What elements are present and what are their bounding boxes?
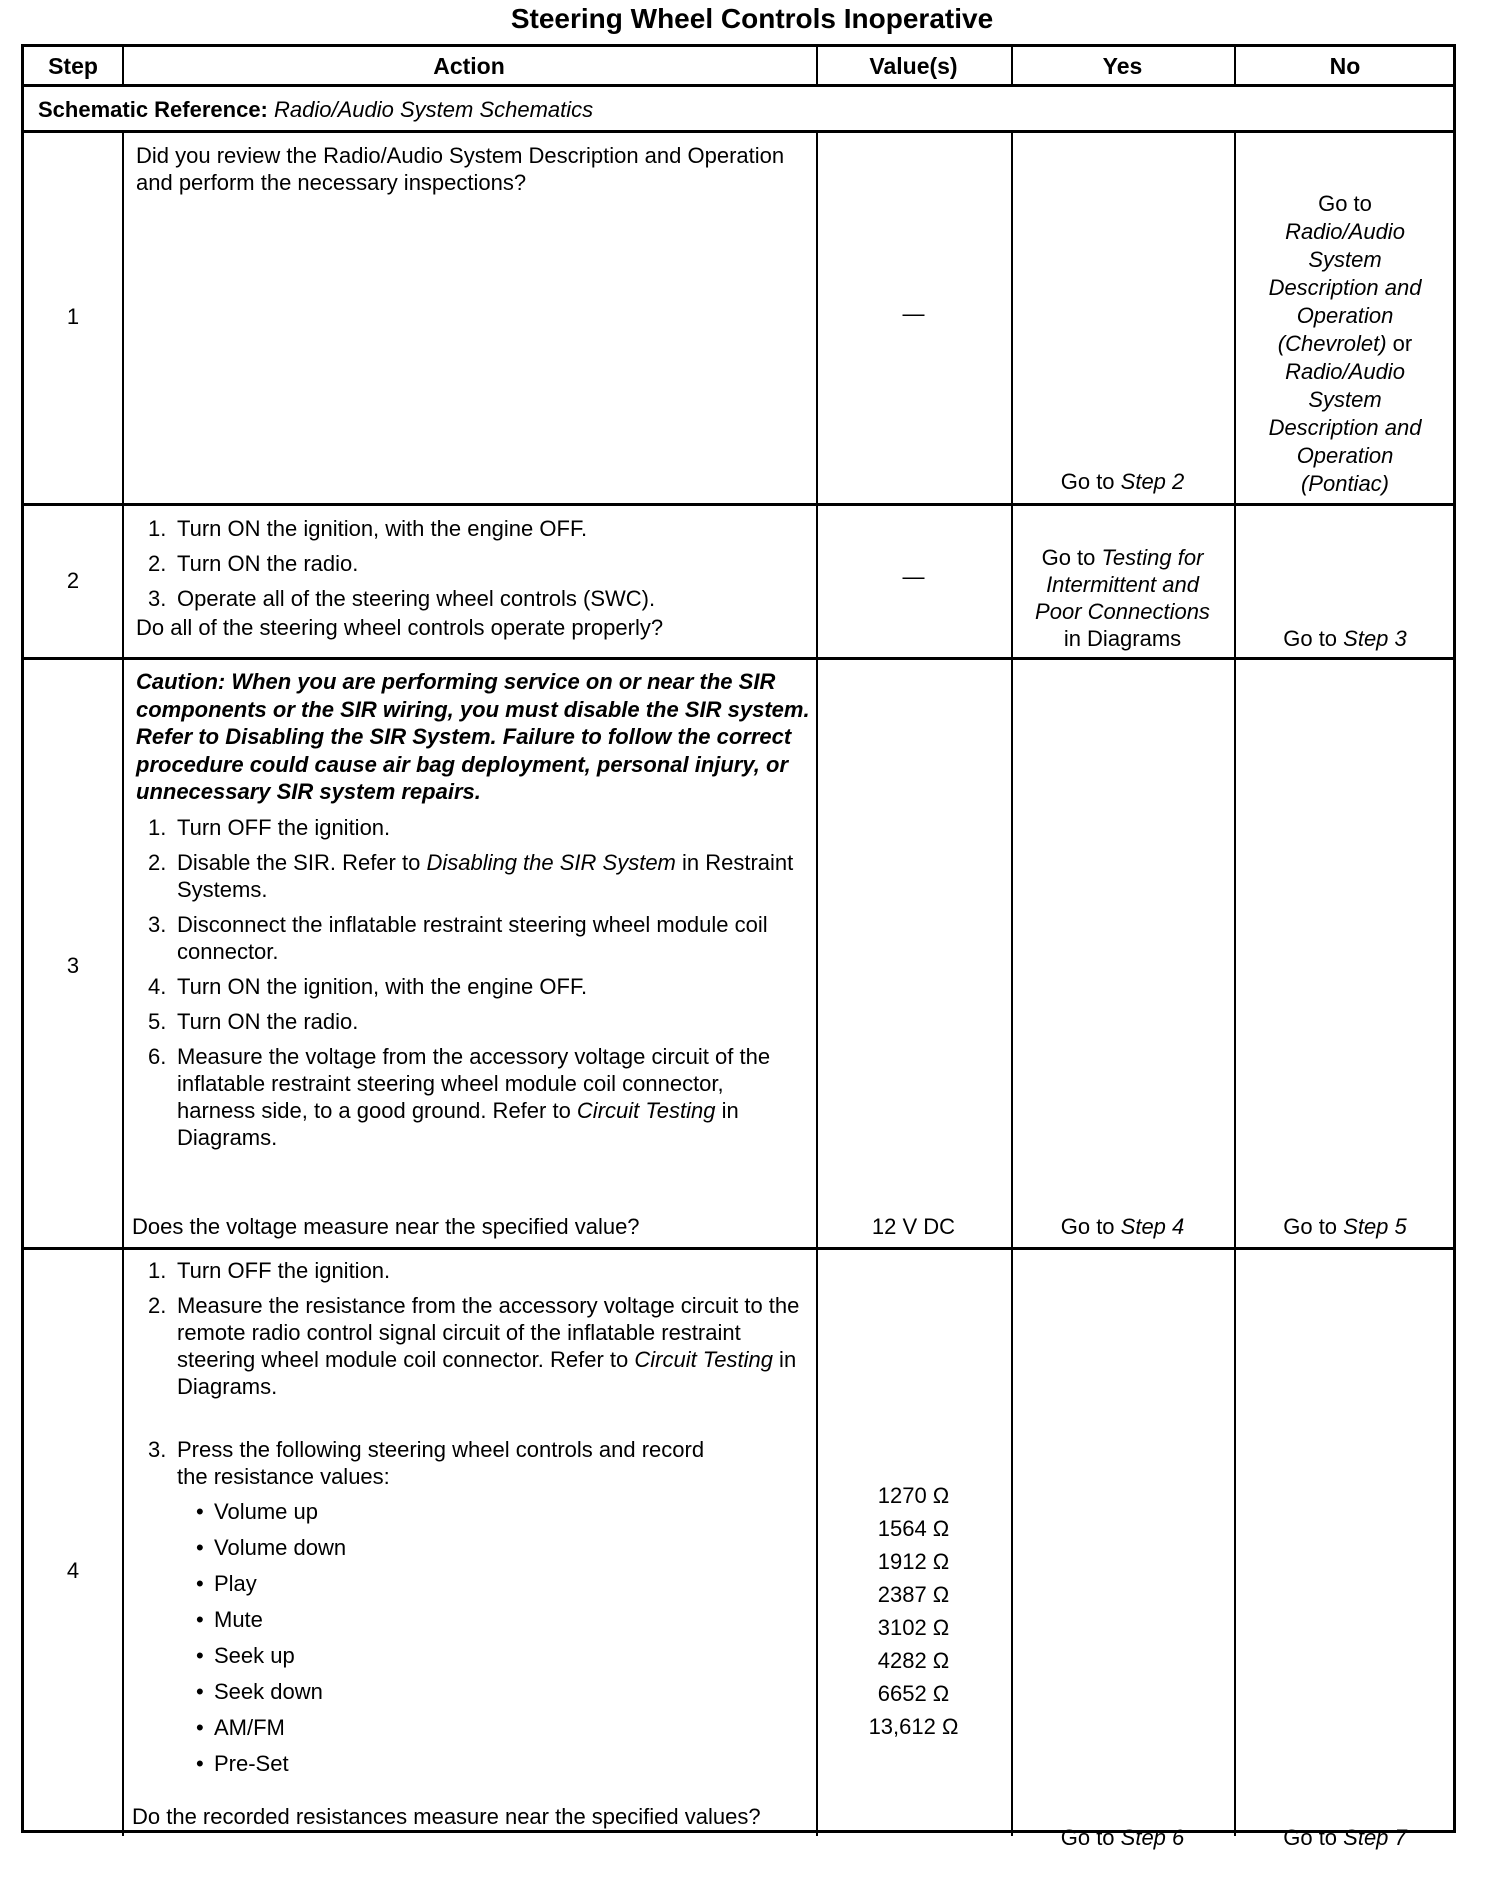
resistance-value: 1564 Ω <box>816 1512 1011 1545</box>
list-item: 2.Disable the SIR. Refer to Disabling th… <box>124 849 812 903</box>
step-3-action: Caution: When you are performing service… <box>136 668 812 1159</box>
list-item: 6.Measure the voltage from the accessory… <box>124 1043 812 1151</box>
step-4-question: Do the recorded resistances measure near… <box>132 1804 812 1829</box>
list-item: 4.Turn ON the ignition, with the engine … <box>124 973 812 1000</box>
testing-link[interactable]: Intermittent and <box>1046 572 1199 597</box>
list-item: 1.Turn OFF the ignition. <box>124 1257 814 1284</box>
yes-prefix: Go to <box>1061 1214 1121 1239</box>
bullet-icon: • <box>196 1642 204 1669</box>
no-prefix: Go to <box>1283 1214 1343 1239</box>
controls-list: •Volume up•Volume down•Play•Mute•Seek up… <box>124 1498 814 1777</box>
step-number: 4 <box>24 1557 122 1584</box>
testing-link[interactable]: Testing for <box>1102 545 1204 570</box>
control-item: •Seek up <box>124 1642 814 1669</box>
control-item: •Pre-Set <box>124 1750 814 1777</box>
yes-prefix: Go to <box>1061 1825 1121 1850</box>
control-item: •Volume down <box>124 1534 814 1561</box>
control-item: •Volume up <box>124 1498 814 1525</box>
bullet-icon: • <box>196 1498 204 1525</box>
step-3-no[interactable]: Go to Step 5 <box>1234 1213 1456 1240</box>
step-link[interactable]: Step 6 <box>1121 1825 1185 1850</box>
reference-link[interactable]: System <box>1308 387 1381 412</box>
schematic-reference-label: Schematic Reference: <box>38 97 268 122</box>
header-values: Value(s) <box>816 47 1011 85</box>
reference-link[interactable]: Radio/Audio <box>1285 359 1405 384</box>
no-prefix: Go to <box>1318 191 1372 216</box>
resistance-value: 3102 Ω <box>816 1611 1011 1644</box>
row-divider <box>24 130 1453 133</box>
header-yes: Yes <box>1011 47 1234 85</box>
resistance-value: 1912 Ω <box>816 1545 1011 1578</box>
reference-link[interactable]: (Chevrolet) <box>1278 331 1387 356</box>
schematic-reference: Schematic Reference: Radio/Audio System … <box>38 93 593 127</box>
resistance-values: 1270 Ω1564 Ω1912 Ω2387 Ω3102 Ω4282 Ω6652… <box>816 1479 1011 1743</box>
yes-suffix: in Diagrams <box>1064 626 1181 651</box>
step-2-value: — <box>816 563 1011 590</box>
yes-prefix: Go to <box>1061 469 1121 494</box>
step-3-question: Does the voltage measure near the specif… <box>132 1213 812 1240</box>
bullet-icon: • <box>196 1606 204 1633</box>
step-link[interactable]: Step 3 <box>1343 626 1407 651</box>
row-divider <box>24 1247 1453 1250</box>
step-link[interactable]: Step 7 <box>1343 1825 1407 1850</box>
step-3-yes[interactable]: Go to Step 4 <box>1011 1213 1234 1240</box>
no-prefix: Go to <box>1283 1825 1343 1850</box>
header-no: No <box>1234 47 1456 85</box>
row-divider <box>24 503 1453 506</box>
list-item: 3.Press the following steering wheel con… <box>124 1436 814 1490</box>
step-4-yes[interactable]: Go to Step 6 <box>1011 1824 1234 1851</box>
resistance-value: 2387 Ω <box>816 1578 1011 1611</box>
step-2-yes[interactable]: Go to Testing for Intermittent and Poor … <box>1011 544 1234 652</box>
step-2-question: Do all of the steering wheel controls op… <box>124 614 814 641</box>
control-item: •Seek down <box>124 1678 814 1705</box>
resistance-value: 6652 Ω <box>816 1677 1011 1710</box>
reference-link[interactable]: Description and <box>1269 275 1422 300</box>
header-step: Step <box>24 47 122 85</box>
step-1-yes[interactable]: Go to Step 2 <box>1011 468 1234 495</box>
yes-prefix: Go to <box>1042 545 1102 570</box>
step-1-value: — <box>816 300 1011 327</box>
diagnostic-table: Step Action Value(s) Yes No Schematic Re… <box>21 44 1456 1833</box>
caution-text: Caution: When you are performing service… <box>136 668 812 806</box>
reference-link[interactable]: Operation <box>1297 443 1394 468</box>
step-number: 1 <box>24 303 122 330</box>
resistance-value: 13,612 Ω <box>816 1710 1011 1743</box>
bullet-icon: • <box>196 1750 204 1777</box>
list-item: 2.Measure the resistance from the access… <box>124 1292 814 1400</box>
control-item: •Play <box>124 1570 814 1597</box>
resistance-value: 1270 Ω <box>816 1479 1011 1512</box>
step-number: 2 <box>24 567 122 594</box>
row-divider <box>24 657 1453 660</box>
list-item: 1.Turn OFF the ignition. <box>124 814 812 841</box>
step-link[interactable]: Step 4 <box>1121 1214 1185 1239</box>
step-4-no[interactable]: Go to Step 7 <box>1234 1824 1456 1851</box>
step-1-question: Did you review the Radio/Audio System De… <box>136 142 806 196</box>
schematic-reference-link[interactable]: Radio/Audio System Schematics <box>274 97 593 122</box>
step-link[interactable]: Step 5 <box>1343 1214 1407 1239</box>
header-action: Action <box>122 47 816 85</box>
reference-link[interactable]: System <box>1308 247 1381 272</box>
conjunction: or <box>1387 331 1413 356</box>
bullet-icon: • <box>196 1534 204 1561</box>
step-link[interactable]: Step 2 <box>1121 469 1185 494</box>
control-item: •Mute <box>124 1606 814 1633</box>
col-divider <box>1011 130 1013 1836</box>
bullet-icon: • <box>196 1678 204 1705</box>
step-2-action: 1.Turn ON the ignition, with the engine … <box>124 515 814 641</box>
step-3-value: 12 V DC <box>816 1213 1011 1240</box>
list-item: 1.Turn ON the ignition, with the engine … <box>124 515 814 542</box>
testing-link[interactable]: Poor Connections <box>1035 599 1210 624</box>
step-4-action: 1.Turn OFF the ignition. 2.Measure the r… <box>124 1257 814 1786</box>
bullet-icon: • <box>196 1714 204 1741</box>
list-item: 3.Disconnect the inflatable restraint st… <box>124 911 812 965</box>
reference-link[interactable]: Radio/Audio <box>1285 219 1405 244</box>
resistance-value: 4282 Ω <box>816 1644 1011 1677</box>
list-item: 2.Turn ON the radio. <box>124 550 814 577</box>
disabling-sir-link[interactable]: Disabling the SIR System <box>426 850 675 875</box>
control-item: •AM/FM <box>124 1714 814 1741</box>
list-item: 5.Turn ON the radio. <box>124 1008 812 1035</box>
reference-link[interactable]: Operation <box>1297 303 1394 328</box>
circuit-testing-link[interactable]: Circuit Testing <box>577 1098 716 1123</box>
step-number: 3 <box>24 952 122 979</box>
no-prefix: Go to <box>1283 626 1343 651</box>
step-2-no[interactable]: Go to Step 3 <box>1234 625 1456 652</box>
circuit-testing-link[interactable]: Circuit Testing <box>634 1347 773 1372</box>
reference-link[interactable]: (Pontiac) <box>1301 471 1389 496</box>
list-item: 3.Operate all of the steering wheel cont… <box>124 585 814 612</box>
reference-link[interactable]: Description and <box>1269 415 1422 440</box>
page-title: Steering Wheel Controls Inoperative <box>0 2 1504 36</box>
bullet-icon: • <box>196 1570 204 1597</box>
step-1-no[interactable]: Go toRadio/AudioSystemDescription andOpe… <box>1234 190 1456 498</box>
